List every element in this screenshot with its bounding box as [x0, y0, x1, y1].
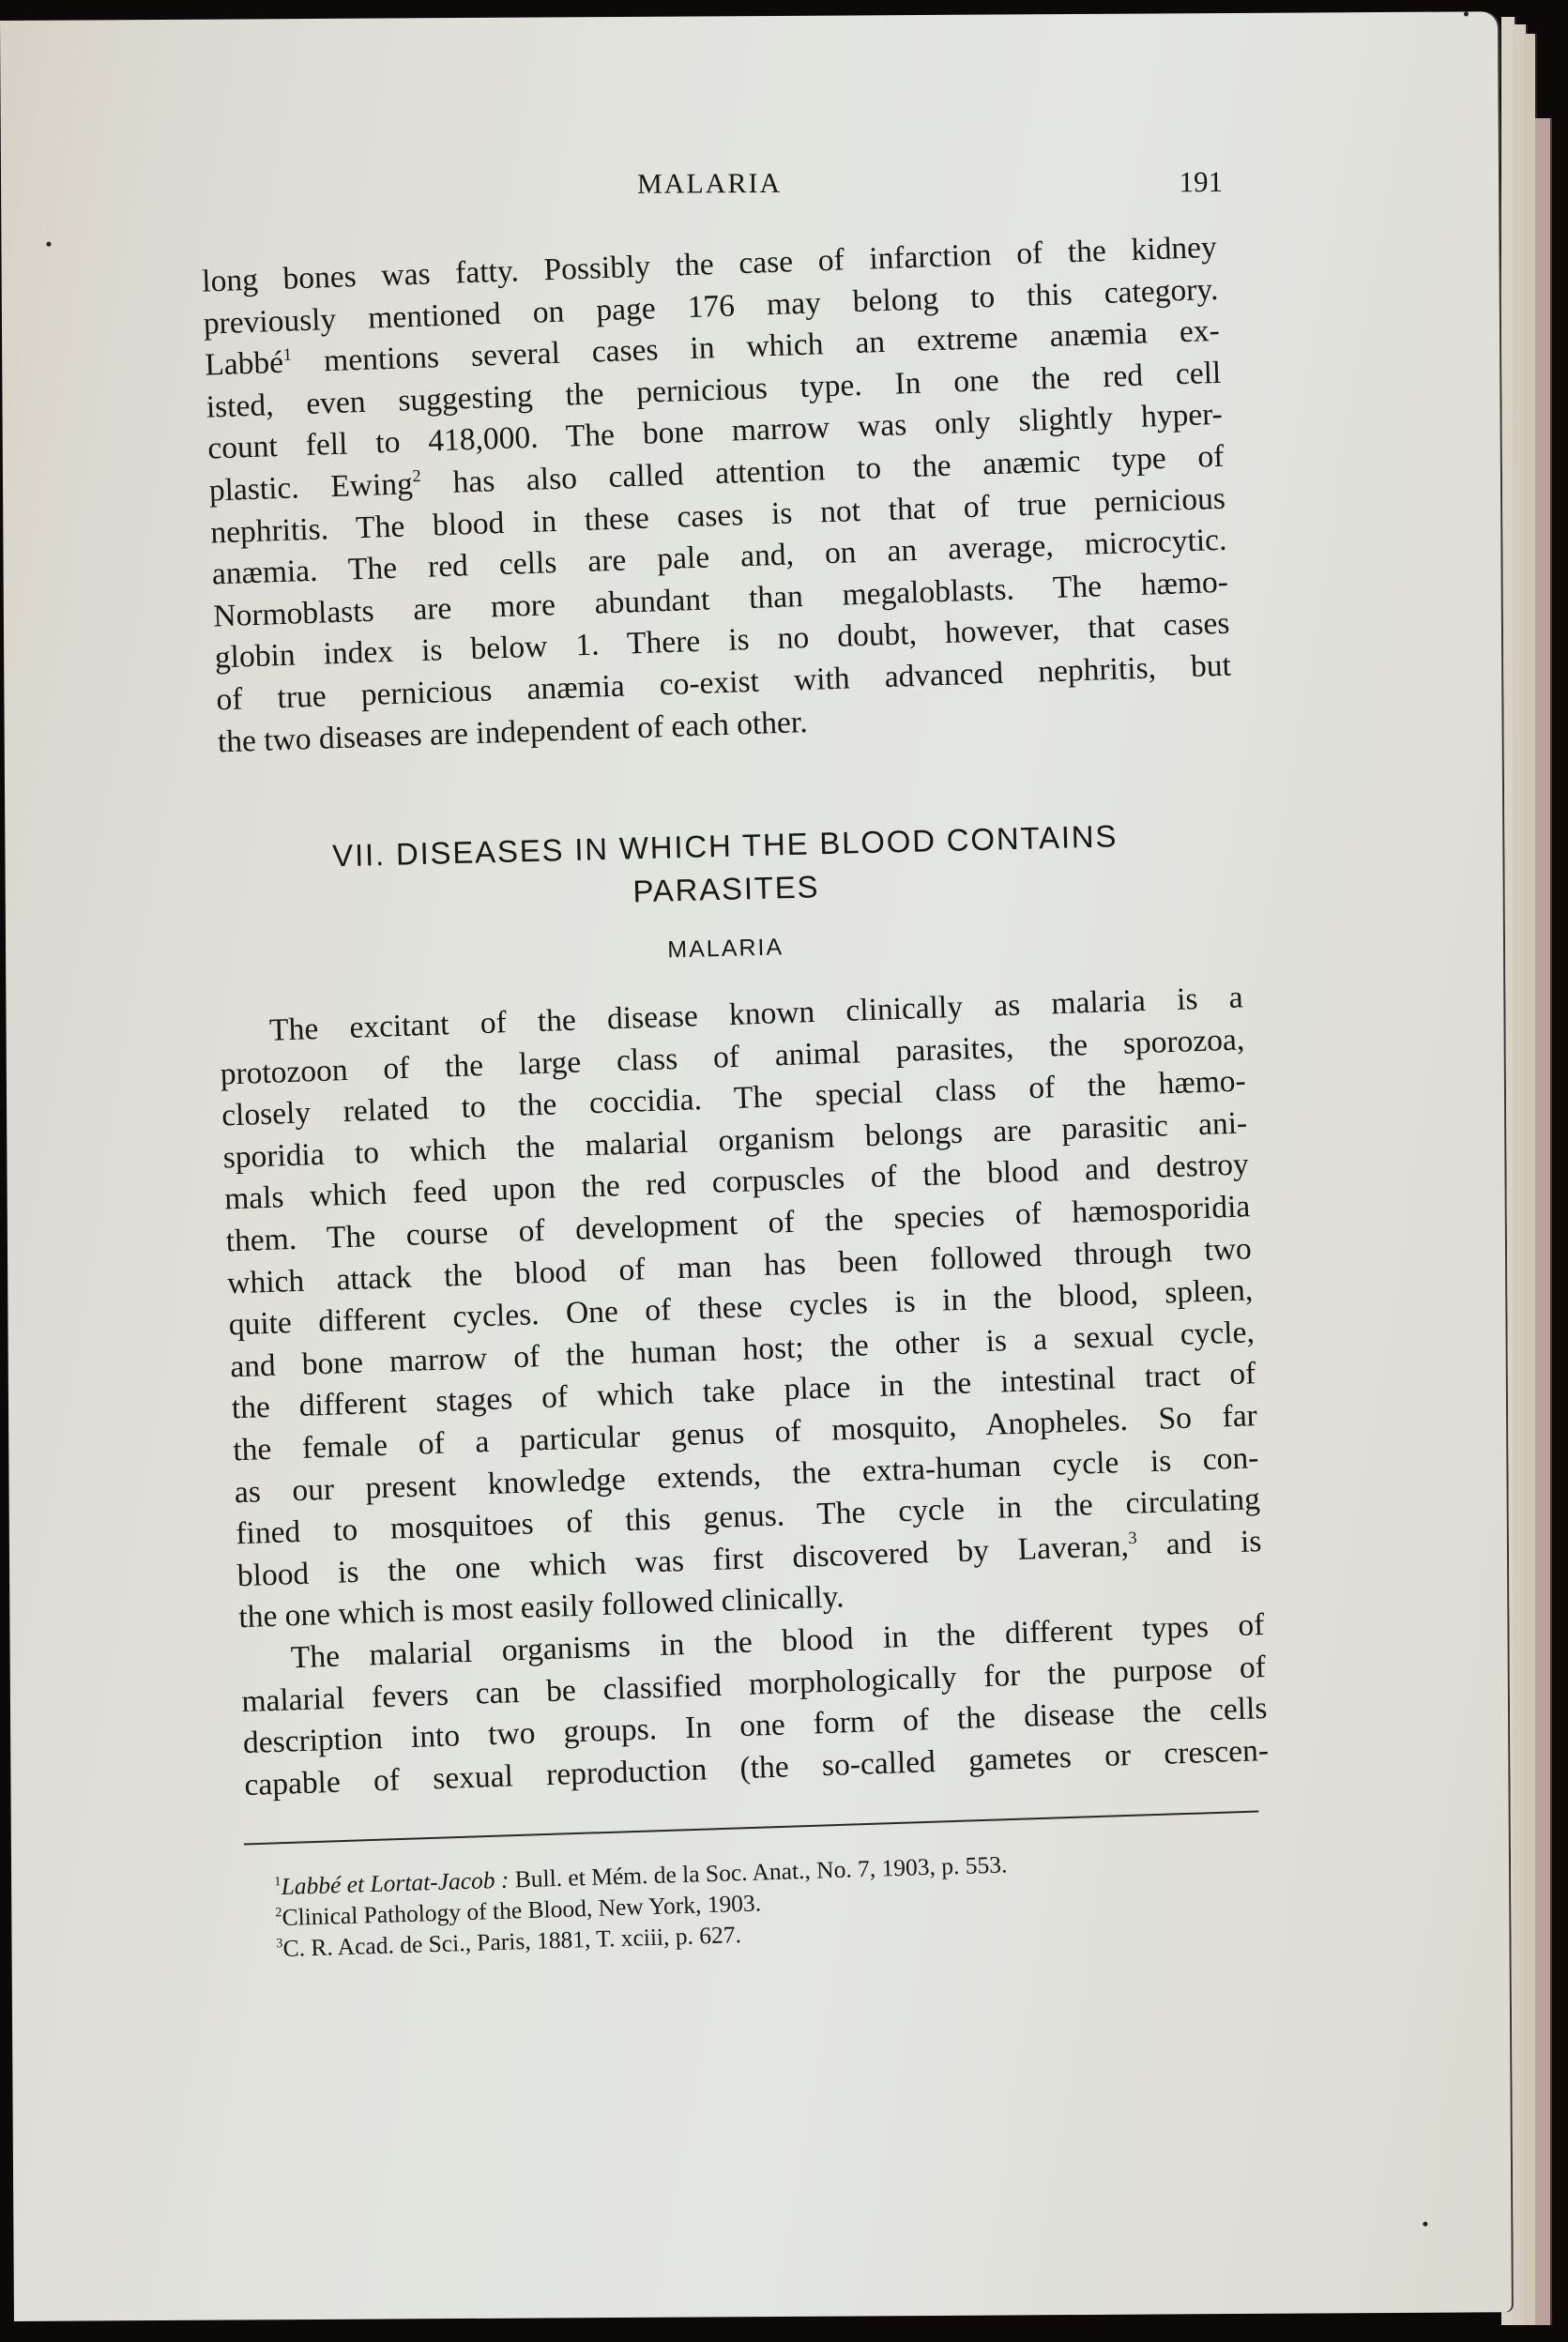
paper-speck: [1464, 11, 1469, 16]
paper-speck: [46, 242, 51, 247]
running-title: MALARIA: [207, 165, 1211, 204]
footnotes: 1Labbé et Lortat-Jacob : Bull. et Mém. d…: [274, 1841, 1271, 1964]
running-head: MALARIA 191: [207, 165, 1211, 219]
continued-paragraph: long bones was fatty. Possibly the case …: [202, 227, 1234, 764]
malaria-body: The excitant of the disease known clinic…: [218, 977, 1269, 1806]
page-number: 191: [1179, 165, 1223, 199]
footnote-authors: Labbé et Lortat-Jacob :: [281, 1866, 510, 1900]
book-page: MALARIA 191 long bones was fatty. Possib…: [0, 11, 1514, 2321]
footnote-divider: [244, 1811, 1259, 1846]
page-edge-reddish: [1535, 118, 1552, 2325]
section-heading: VII. DISEASES IN WHICH THE BLOOD CONTAIN…: [213, 812, 1238, 924]
subsection-heading: MALARIA: [214, 922, 1237, 976]
paper-speck: [1423, 2222, 1427, 2227]
